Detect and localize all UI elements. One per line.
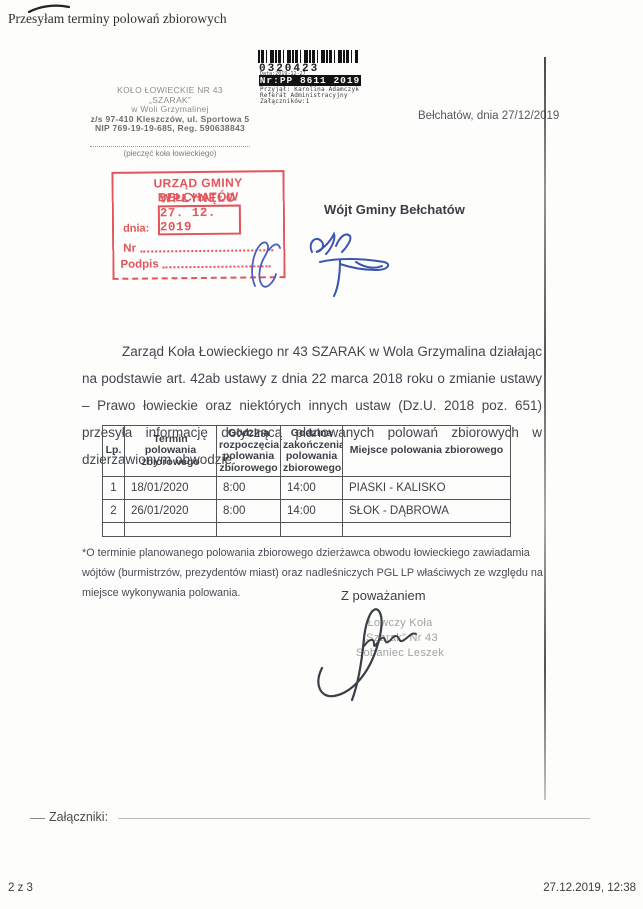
registry-case-number: Nr:PP 8611 2019 [259,75,361,86]
cell-end [281,523,343,537]
cell-lp: 2 [103,500,125,523]
letterhead-nip-reg: NIP 769-19-19-685, Reg. 590638843 [68,124,272,134]
intake-stamp-date: 27. 12. 2019 [160,206,239,235]
print-datetime: 27.12.2019, 12:38 [543,882,636,894]
hunter-signature [312,598,442,708]
col-header-godzina-rozpoczecia: Godzina rozpoczęcia polowania zbiorowego [217,426,281,477]
intake-stamp-nr-label: Nr [123,243,136,255]
city-date: Bełchatów, dnia 27/12/2019 [418,110,559,122]
col-header-termin: Termin polowania zbiorowego [125,426,217,477]
cell-lp [103,523,125,537]
pen-stroke-mark [26,2,72,16]
page-number: 2 z 3 [8,882,33,894]
table-header-row: Lp. Termin polowania zbiorowego Godzina … [103,426,511,477]
table-row: 1 18/01/2020 8:00 14:00 PIASKI - KALISKO [103,477,511,500]
intake-stamp-podpis-label: Podpis [120,258,158,270]
clerk-initials-signature [247,236,283,292]
cell-termin: 26/01/2020 [125,500,217,523]
seal-caption: (pieczęć koła łowieckiego) [68,149,272,158]
barcode [258,50,358,63]
cell-termin: 18/01/2020 [125,477,217,500]
sender-letterhead: KOŁO ŁOWIECKIE NR 43 „SZARAK” w Woli Grz… [68,86,272,134]
hunts-table: Lp. Termin polowania zbiorowego Godzina … [102,425,511,537]
attachments-dash [30,818,45,819]
cell-miejsce: SŁOK - DĄBROWA [343,500,511,523]
cell-termin [125,523,217,537]
cell-start: 8:00 [217,500,281,523]
scan-fold-line [544,57,546,800]
cell-miejsce [343,523,511,537]
cell-start: 8:00 [217,477,281,500]
cell-lp: 1 [103,477,125,500]
scanned-letter-page: { "header": { "subject_line": "Przesyłam… [0,0,643,909]
attachments-line [118,818,590,819]
intake-stamp-date-box: 27. 12. 2019 [158,205,241,236]
cell-end: 14:00 [281,477,343,500]
footnote: *O terminie planowanego polowania zbioro… [82,543,548,603]
intake-stamp-received: WPŁYNĘŁO [114,190,283,206]
intake-stamp-dnia-label: dnia: [123,223,149,235]
cell-miejsce: PIASKI - KALISKO [343,477,511,500]
recipient-title: Wójt Gminy Bełchatów [324,202,465,217]
cell-end: 14:00 [281,500,343,523]
table-row: 2 26/01/2020 8:00 14:00 SŁOK - DĄBROWA [103,500,511,523]
mayor-signature [306,226,398,300]
seal-dotted-line [90,146,250,147]
col-header-lp: Lp. [103,426,125,477]
col-header-godzina-zakonczenia: Godzina zakończenia polowania zbiorowego [281,426,343,477]
attachments-label: Załączniki: [49,810,108,824]
col-header-miejsce: Miejsce polowania zbiorowego [343,426,511,477]
cell-start [217,523,281,537]
table-row-empty [103,523,511,537]
